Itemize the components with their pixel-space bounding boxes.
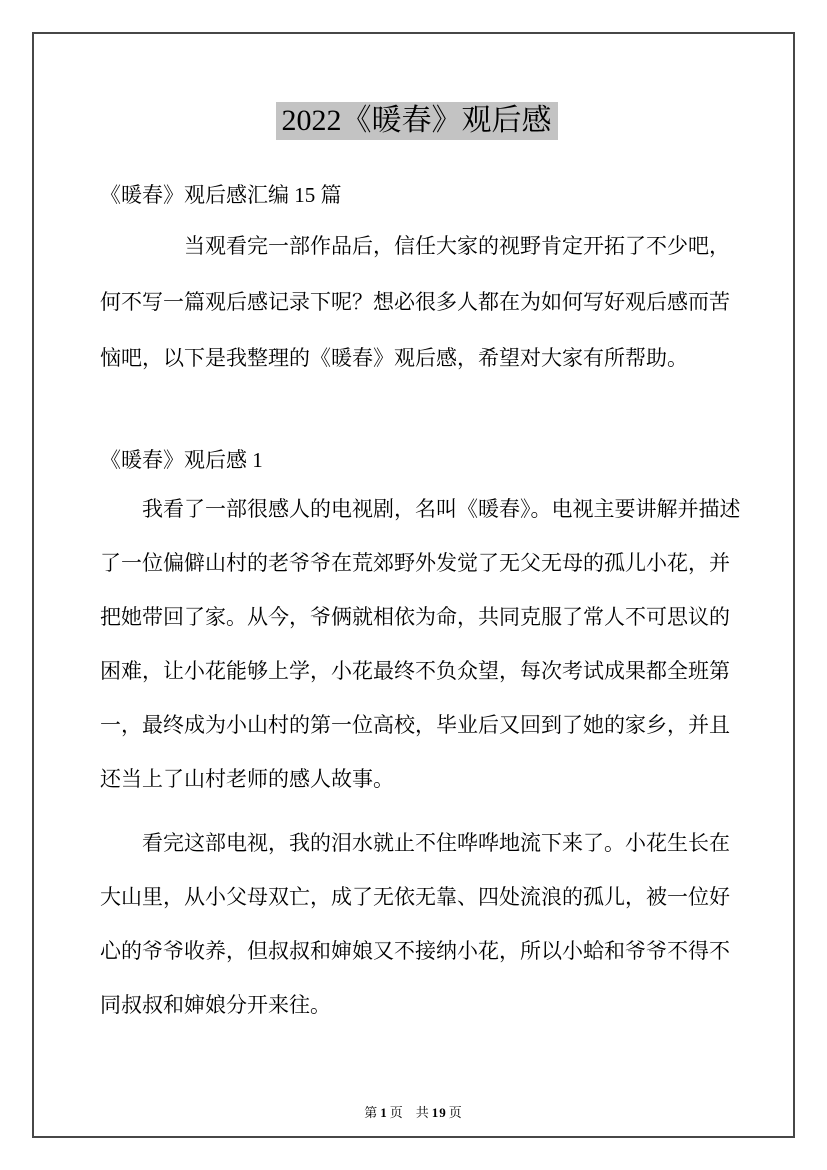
section-heading-1: 《暖春》观后感 1 (100, 446, 733, 474)
intro-line: 何不写一篇观后感记录下呢？想必很多人都在为如何写好观后感而苦 (100, 274, 733, 330)
document-page: 2022《暖春》观后感 《暖春》观后感汇编 15 篇 当观看完一部作品后，信任大… (0, 0, 827, 1170)
body-line: 把她带回了家。从今，爷俩就相依为命，共同克服了常人不可思议的 (100, 590, 733, 644)
section1-paragraph-2: 看完这部电视，我的泪水就止不住哗哗地流下来了。小花生长在 大山里，从小父母双亡，… (100, 816, 733, 1032)
body-line: 大山里，从小父母双亡，成了无依无靠、四处流浪的孤儿，被一位好 (100, 870, 733, 924)
body-line: 同叔叔和婶娘分开来往。 (100, 978, 733, 1032)
body-line: 一，最终成为小山村的第一位高校，毕业后又回到了她的家乡，并且 (100, 698, 733, 752)
footer-page-prefix: 第 (364, 1105, 378, 1120)
body-line: 困难，让小花能够上学，小花最终不负众望，每次考试成果都全班第 (100, 644, 733, 698)
body-line: 了一位偏僻山村的老爷爷在荒郊野外发觉了无父无母的孤儿小花，并 (100, 536, 733, 590)
body-line: 心的爷爷收养，但叔叔和婶娘又不接纳小花，所以小蛤和爷爷不得不 (100, 924, 733, 978)
intro-paragraph: 当观看完一部作品后，信任大家的视野肯定开拓了不少吧， 何不写一篇观后感记录下呢？… (100, 218, 733, 386)
page-footer: 第1页共19页 (34, 1104, 793, 1122)
document-title-highlight: 2022《暖春》观后感 (276, 102, 558, 140)
document-title: 2022《暖春》观后感 (100, 98, 733, 144)
footer-total-suffix: 页 (449, 1105, 463, 1120)
collection-subtitle: 《暖春》观后感汇编 15 篇 (100, 182, 733, 208)
section1-paragraph-1: 我看了一部很感人的电视剧，名叫《暖春》。电视主要讲解并描述 了一位偏僻山村的老爷… (100, 482, 733, 806)
footer-total-number: 19 (430, 1105, 449, 1120)
body-line: 我看了一部很感人的电视剧，名叫《暖春》。电视主要讲解并描述 (100, 482, 733, 536)
footer-total-prefix: 共 (416, 1105, 430, 1120)
page-border: 2022《暖春》观后感 《暖春》观后感汇编 15 篇 当观看完一部作品后，信任大… (32, 32, 795, 1138)
body-line: 看完这部电视，我的泪水就止不住哗哗地流下来了。小花生长在 (100, 816, 733, 870)
footer-page-suffix: 页 (390, 1105, 404, 1120)
page-content: 2022《暖春》观后感 《暖春》观后感汇编 15 篇 当观看完一部作品后，信任大… (100, 98, 733, 1032)
intro-line: 当观看完一部作品后，信任大家的视野肯定开拓了不少吧， (100, 218, 733, 274)
intro-line: 恼吧，以下是我整理的《暖春》观后感，希望对大家有所帮助。 (100, 330, 733, 386)
footer-page-number: 1 (378, 1105, 390, 1120)
body-line: 还当上了山村老师的感人故事。 (100, 752, 733, 806)
